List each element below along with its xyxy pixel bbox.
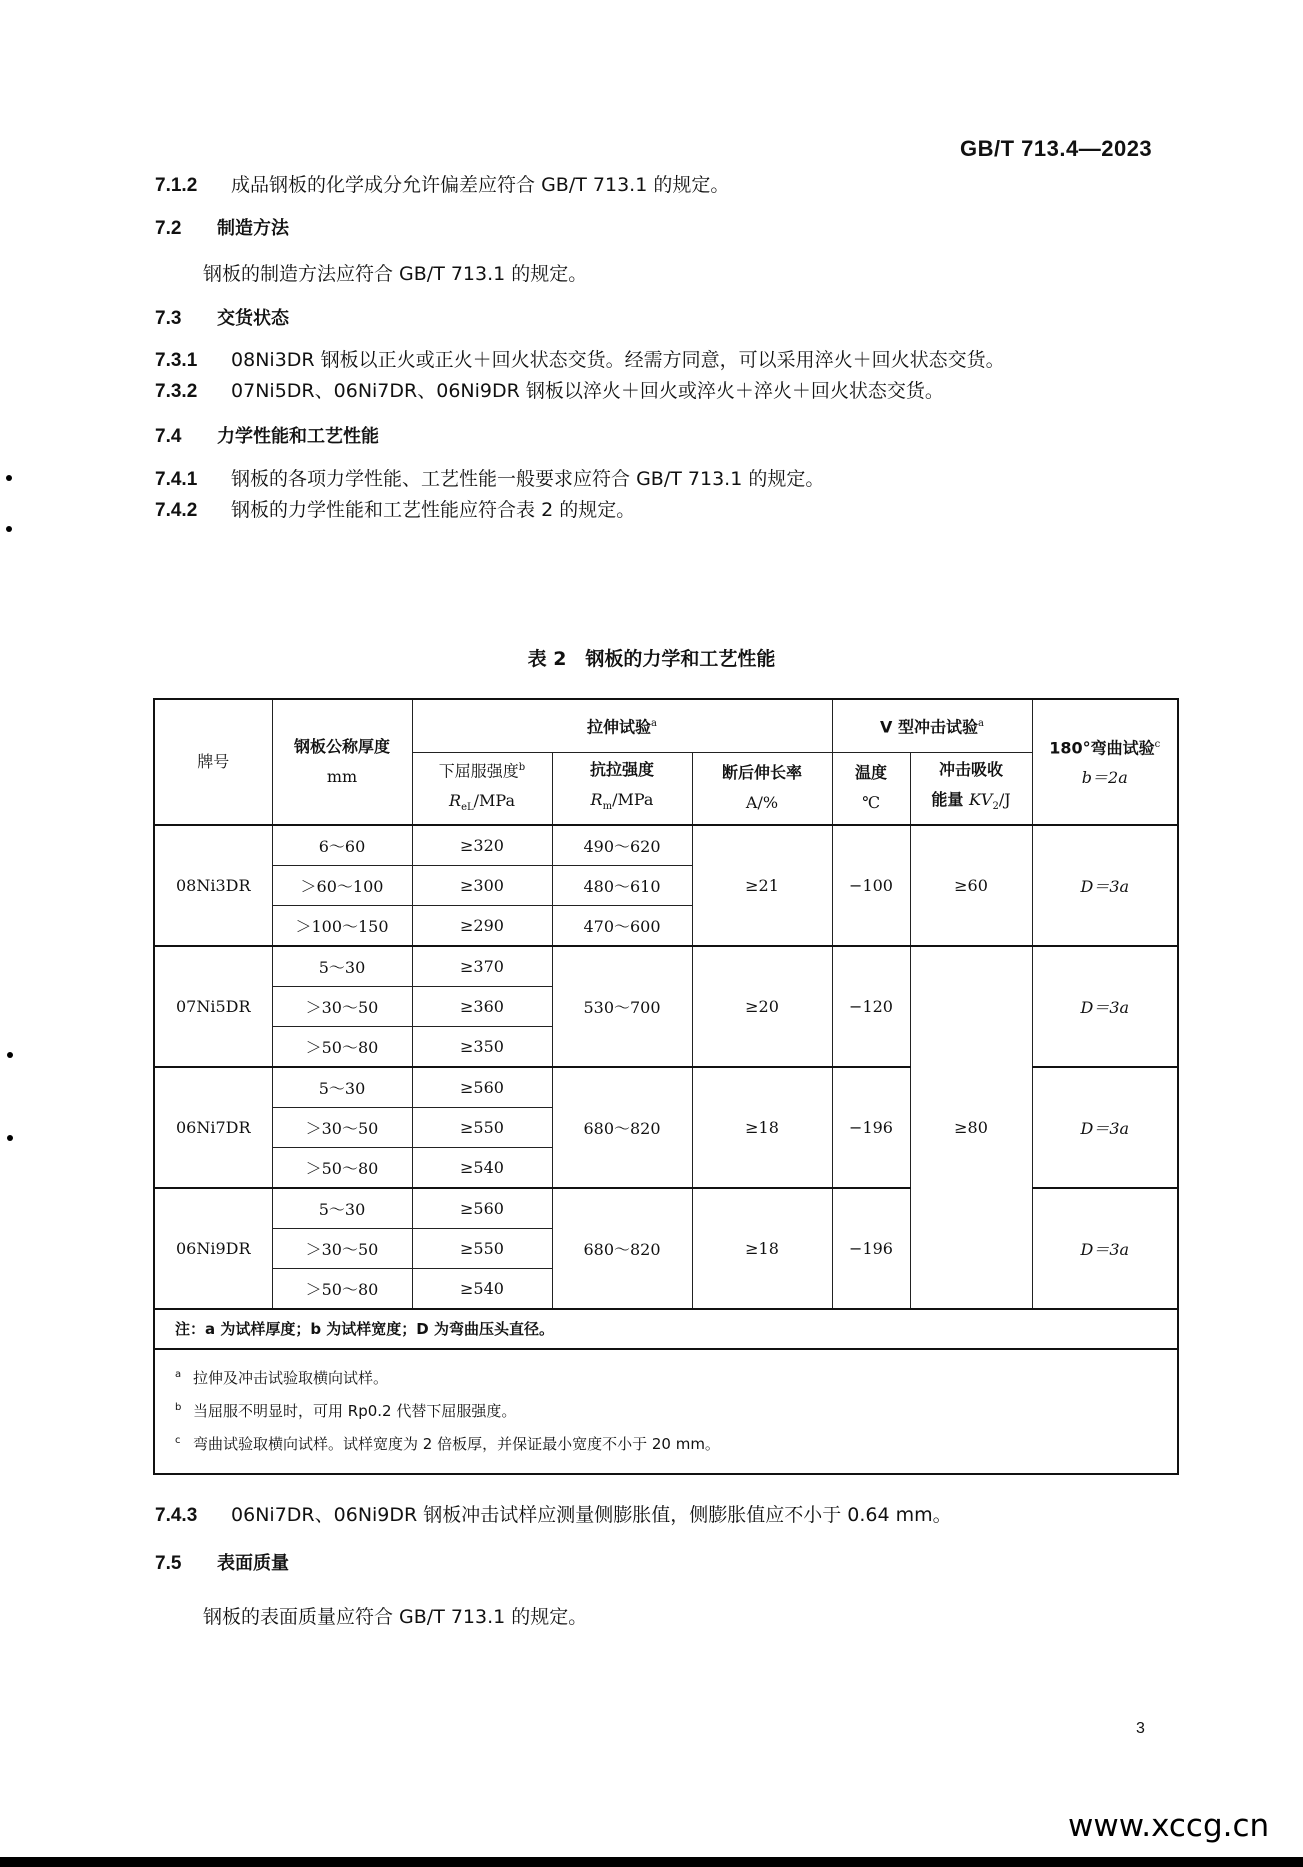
section-heading: 表面质量 (217, 1553, 289, 1574)
watermark: www.xccg.cn (1068, 1808, 1269, 1844)
thickness-cell: 5～30 (272, 1188, 412, 1229)
table-footnotes: a拉伸及冲击试验取横向试样。 b当屈服不明显时，可用 Rp0.2 代替下屈服强度… (154, 1349, 1178, 1474)
table-note: 注：a 为试样厚度；b 为试样宽度；D 为弯曲压头直径。 (154, 1309, 1178, 1349)
yield-cell: ≥370 (412, 946, 552, 987)
unit: /MPa (474, 791, 515, 810)
header-elongation: 断后伸长率 A/% (692, 753, 832, 825)
header-energy-label-2: 能量 (931, 790, 969, 809)
bend-cell: D＝3a (1032, 946, 1178, 1067)
header-temperature: 温度 ℃ (832, 753, 910, 825)
scan-speck (6, 475, 12, 481)
symbol: KV (969, 790, 993, 809)
clause-text: 06Ni7DR、06Ni9DR 钢板冲击试样应测量侧膨胀值，侧膨胀值应不小于 0… (231, 1504, 952, 1526)
header-bend-label: 180°弯曲试验 (1049, 738, 1154, 757)
header-elongation-label: 断后伸长率 (693, 758, 832, 788)
header-tensile-label: 拉伸试验 (587, 718, 651, 737)
header-thickness: 钢板公称厚度 mm (272, 699, 412, 825)
thickness-cell: ＞50～80 (272, 1147, 412, 1188)
elongation-cell: ≥21 (692, 825, 832, 946)
clause-7-4-2: 7.4.2 钢板的力学性能和工艺性能应符合表 2 的规定。 (155, 495, 635, 522)
table-title: 表 2 钢板的力学和工艺性能 (0, 644, 1303, 671)
yield-cell: ≥350 (412, 1026, 552, 1067)
footnote-b: b当屈服不明显时，可用 Rp0.2 代替下屈服强度。 (175, 1393, 1177, 1426)
footnote-mark: b (519, 762, 525, 773)
yield-cell: ≥550 (412, 1107, 552, 1147)
clause-number: 7.5 (155, 1553, 211, 1575)
header-energy: 冲击吸收 能量 KV2/J (910, 753, 1032, 825)
clause-text: 08Ni3DR 钢板以正火或正火＋回火状态交货。经需方同意，可以采用淬火＋回火状… (231, 349, 1005, 371)
mechanical-properties-table: 牌号 钢板公称厚度 mm 拉伸试验a V 型冲击试验a 180°弯曲试验c b＝… (153, 698, 1179, 1475)
yield-cell: ≥560 (412, 1188, 552, 1229)
footnote-mark: c (1155, 739, 1161, 750)
clause-7-4-1: 7.4.1 钢板的各项力学性能、工艺性能一般要求应符合 GB/T 713.1 的… (155, 464, 824, 491)
clause-number: 7.4 (155, 426, 211, 448)
clause-text: 成品钢板的化学成分允许偏差应符合 GB/T 713.1 的规定。 (231, 174, 729, 196)
clause-number: 7.3.2 (155, 381, 225, 403)
symbol: R (449, 791, 461, 810)
grade-cell: 06Ni7DR (154, 1067, 272, 1188)
tensile-cell: 490～620 (552, 825, 692, 866)
scan-speck (7, 1135, 13, 1141)
header-tensile-strength-label: 抗拉强度 (553, 755, 692, 785)
thickness-cell: ＞100～150 (272, 905, 412, 946)
section-heading: 力学性能和工艺性能 (217, 426, 379, 447)
scan-speck (6, 526, 12, 532)
footnote-mark: a (978, 718, 984, 729)
clause-text: 钢板的各项力学性能、工艺性能一般要求应符合 GB/T 713.1 的规定。 (231, 468, 824, 490)
body-7-5: 钢板的表面质量应符合 GB/T 713.1 的规定。 (203, 1602, 587, 1629)
heading-7-5: 7.5 表面质量 (155, 1549, 289, 1575)
tensile-cell: 470～600 (552, 905, 692, 946)
page-number: 3 (1136, 1720, 1145, 1738)
header-yield: 下屈服强度b ReL/MPa (412, 753, 552, 825)
clause-7-3-1: 7.3.1 08Ni3DR 钢板以正火或正火＋回火状态交货。经需方同意，可以采用… (155, 345, 1005, 372)
bend-cell: D＝3a (1032, 1188, 1178, 1309)
footnote-mark: b (175, 1393, 193, 1423)
thickness-cell: 5～30 (272, 946, 412, 987)
grade-cell: 07Ni5DR (154, 946, 272, 1067)
header-grade: 牌号 (154, 699, 272, 825)
footnote-c: c弯曲试验取横向试样。试样宽度为 2 倍板厚，并保证最小宽度不小于 20 mm。 (175, 1426, 1177, 1459)
clause-text: 07Ni5DR、06Ni7DR、06Ni9DR 钢板以淬火＋回火或淬火＋淬火＋回… (231, 380, 944, 402)
yield-cell: ≥560 (412, 1067, 552, 1108)
clause-number: 7.4.2 (155, 500, 225, 522)
header-energy-label: 冲击吸收 (911, 755, 1032, 785)
header-yield-label: 下屈服强度 (439, 761, 519, 780)
yield-cell: ≥360 (412, 986, 552, 1026)
subscript: eL (461, 803, 474, 814)
energy-cell: ≥60 (910, 825, 1032, 946)
temperature-cell: −120 (832, 946, 910, 1067)
yield-cell: ≥290 (412, 905, 552, 946)
footnote-mark: c (175, 1426, 193, 1456)
tensile-cell: 480～610 (552, 865, 692, 905)
header-thickness-label: 钢板公称厚度 (273, 732, 412, 762)
grade-cell: 06Ni9DR (154, 1188, 272, 1309)
yield-cell: ≥540 (412, 1147, 552, 1188)
standard-code: GB/T 713.4—2023 (960, 136, 1152, 162)
clause-number: 7.3.1 (155, 350, 225, 372)
subscript: m (603, 801, 612, 812)
header-impact-group: V 型冲击试验a (832, 699, 1032, 753)
header-temperature-unit: ℃ (833, 788, 910, 818)
header-tensile-strength: 抗拉强度 Rm/MPa (552, 753, 692, 825)
header-thickness-unit: mm (273, 762, 412, 792)
clause-7-1-2: 7.1.2 成品钢板的化学成分允许偏差应符合 GB/T 713.1 的规定。 (155, 170, 729, 197)
yield-cell: ≥320 (412, 825, 552, 866)
yield-cell: ≥300 (412, 865, 552, 905)
tensile-cell: 530～700 (552, 946, 692, 1067)
bend-cell: D＝3a (1032, 1067, 1178, 1188)
header-bend-condition: b＝2a (1033, 763, 1178, 793)
section-heading: 制造方法 (217, 218, 289, 239)
heading-7-3: 7.3 交货状态 (155, 304, 289, 330)
clause-number: 7.4.1 (155, 469, 225, 491)
table-row: 08Ni3DR 6～60 ≥320 490～620 ≥21 −100 ≥60 D… (154, 825, 1178, 866)
section-heading: 交货状态 (217, 308, 289, 329)
clause-number: 7.2 (155, 218, 211, 240)
footnote-mark: a (651, 718, 657, 729)
thickness-cell: 5～30 (272, 1067, 412, 1108)
body-7-2: 钢板的制造方法应符合 GB/T 713.1 的规定。 (203, 259, 587, 286)
clause-number: 7.4.3 (155, 1505, 225, 1527)
clause-text: 钢板的力学性能和工艺性能应符合表 2 的规定。 (231, 499, 635, 521)
thickness-cell: ＞60～100 (272, 865, 412, 905)
header-elongation-unit: A/% (693, 788, 832, 818)
bend-cell: D＝3a (1032, 825, 1178, 946)
header-tensile-group: 拉伸试验a (412, 699, 832, 753)
header-impact-label: V 型冲击试验 (880, 718, 978, 737)
clause-7-4-3: 7.4.3 06Ni7DR、06Ni9DR 钢板冲击试样应测量侧膨胀值，侧膨胀值… (155, 1500, 952, 1527)
scan-edge-bar (0, 1857, 1303, 1867)
tensile-cell: 680～820 (552, 1067, 692, 1188)
table-note-row: 注：a 为试样厚度；b 为试样宽度；D 为弯曲压头直径。 (154, 1309, 1178, 1349)
thickness-cell: ＞30～50 (272, 1107, 412, 1147)
body-text: 钢板的表面质量应符合 GB/T 713.1 的规定。 (203, 1606, 587, 1628)
footnote-text: 拉伸及冲击试验取横向试样。 (193, 1369, 388, 1387)
footnote-mark: a (175, 1360, 193, 1390)
scan-speck (7, 1052, 13, 1058)
temperature-cell: −196 (832, 1188, 910, 1309)
temperature-cell: −100 (832, 825, 910, 946)
unit: /J (999, 790, 1011, 809)
footnote-a: a拉伸及冲击试验取横向试样。 (175, 1360, 1177, 1393)
clause-7-3-2: 7.3.2 07Ni5DR、06Ni7DR、06Ni9DR 钢板以淬火＋回火或淬… (155, 376, 944, 403)
energy-cell-shared: ≥80 (910, 946, 1032, 1309)
thickness-cell: ＞50～80 (272, 1026, 412, 1067)
clause-number: 7.3 (155, 308, 211, 330)
header-temperature-label: 温度 (833, 758, 910, 788)
header-bend: 180°弯曲试验c b＝2a (1032, 699, 1178, 825)
thickness-cell: ＞30～50 (272, 986, 412, 1026)
footnote-text: 弯曲试验取横向试样。试样宽度为 2 倍板厚，并保证最小宽度不小于 20 mm。 (193, 1435, 720, 1453)
thickness-cell: ＞50～80 (272, 1268, 412, 1309)
thickness-cell: ＞30～50 (272, 1228, 412, 1268)
table-row: 07Ni5DR 5～30 ≥370 530～700 ≥20 −120 ≥80 D… (154, 946, 1178, 987)
heading-7-2: 7.2 制造方法 (155, 214, 289, 240)
unit: /MPa (612, 790, 653, 809)
tensile-cell: 680～820 (552, 1188, 692, 1309)
yield-cell: ≥550 (412, 1228, 552, 1268)
elongation-cell: ≥18 (692, 1067, 832, 1188)
symbol: R (591, 790, 603, 809)
footnote-text: 当屈服不明显时，可用 Rp0.2 代替下屈服强度。 (193, 1402, 516, 1420)
temperature-cell: −196 (832, 1067, 910, 1188)
elongation-cell: ≥18 (692, 1188, 832, 1309)
elongation-cell: ≥20 (692, 946, 832, 1067)
clause-number: 7.1.2 (155, 175, 225, 197)
heading-7-4: 7.4 力学性能和工艺性能 (155, 422, 379, 448)
table-footnotes-row: a拉伸及冲击试验取横向试样。 b当屈服不明显时，可用 Rp0.2 代替下屈服强度… (154, 1349, 1178, 1474)
yield-cell: ≥540 (412, 1268, 552, 1309)
body-text: 钢板的制造方法应符合 GB/T 713.1 的规定。 (203, 263, 587, 285)
thickness-cell: 6～60 (272, 825, 412, 866)
grade-cell: 08Ni3DR (154, 825, 272, 946)
